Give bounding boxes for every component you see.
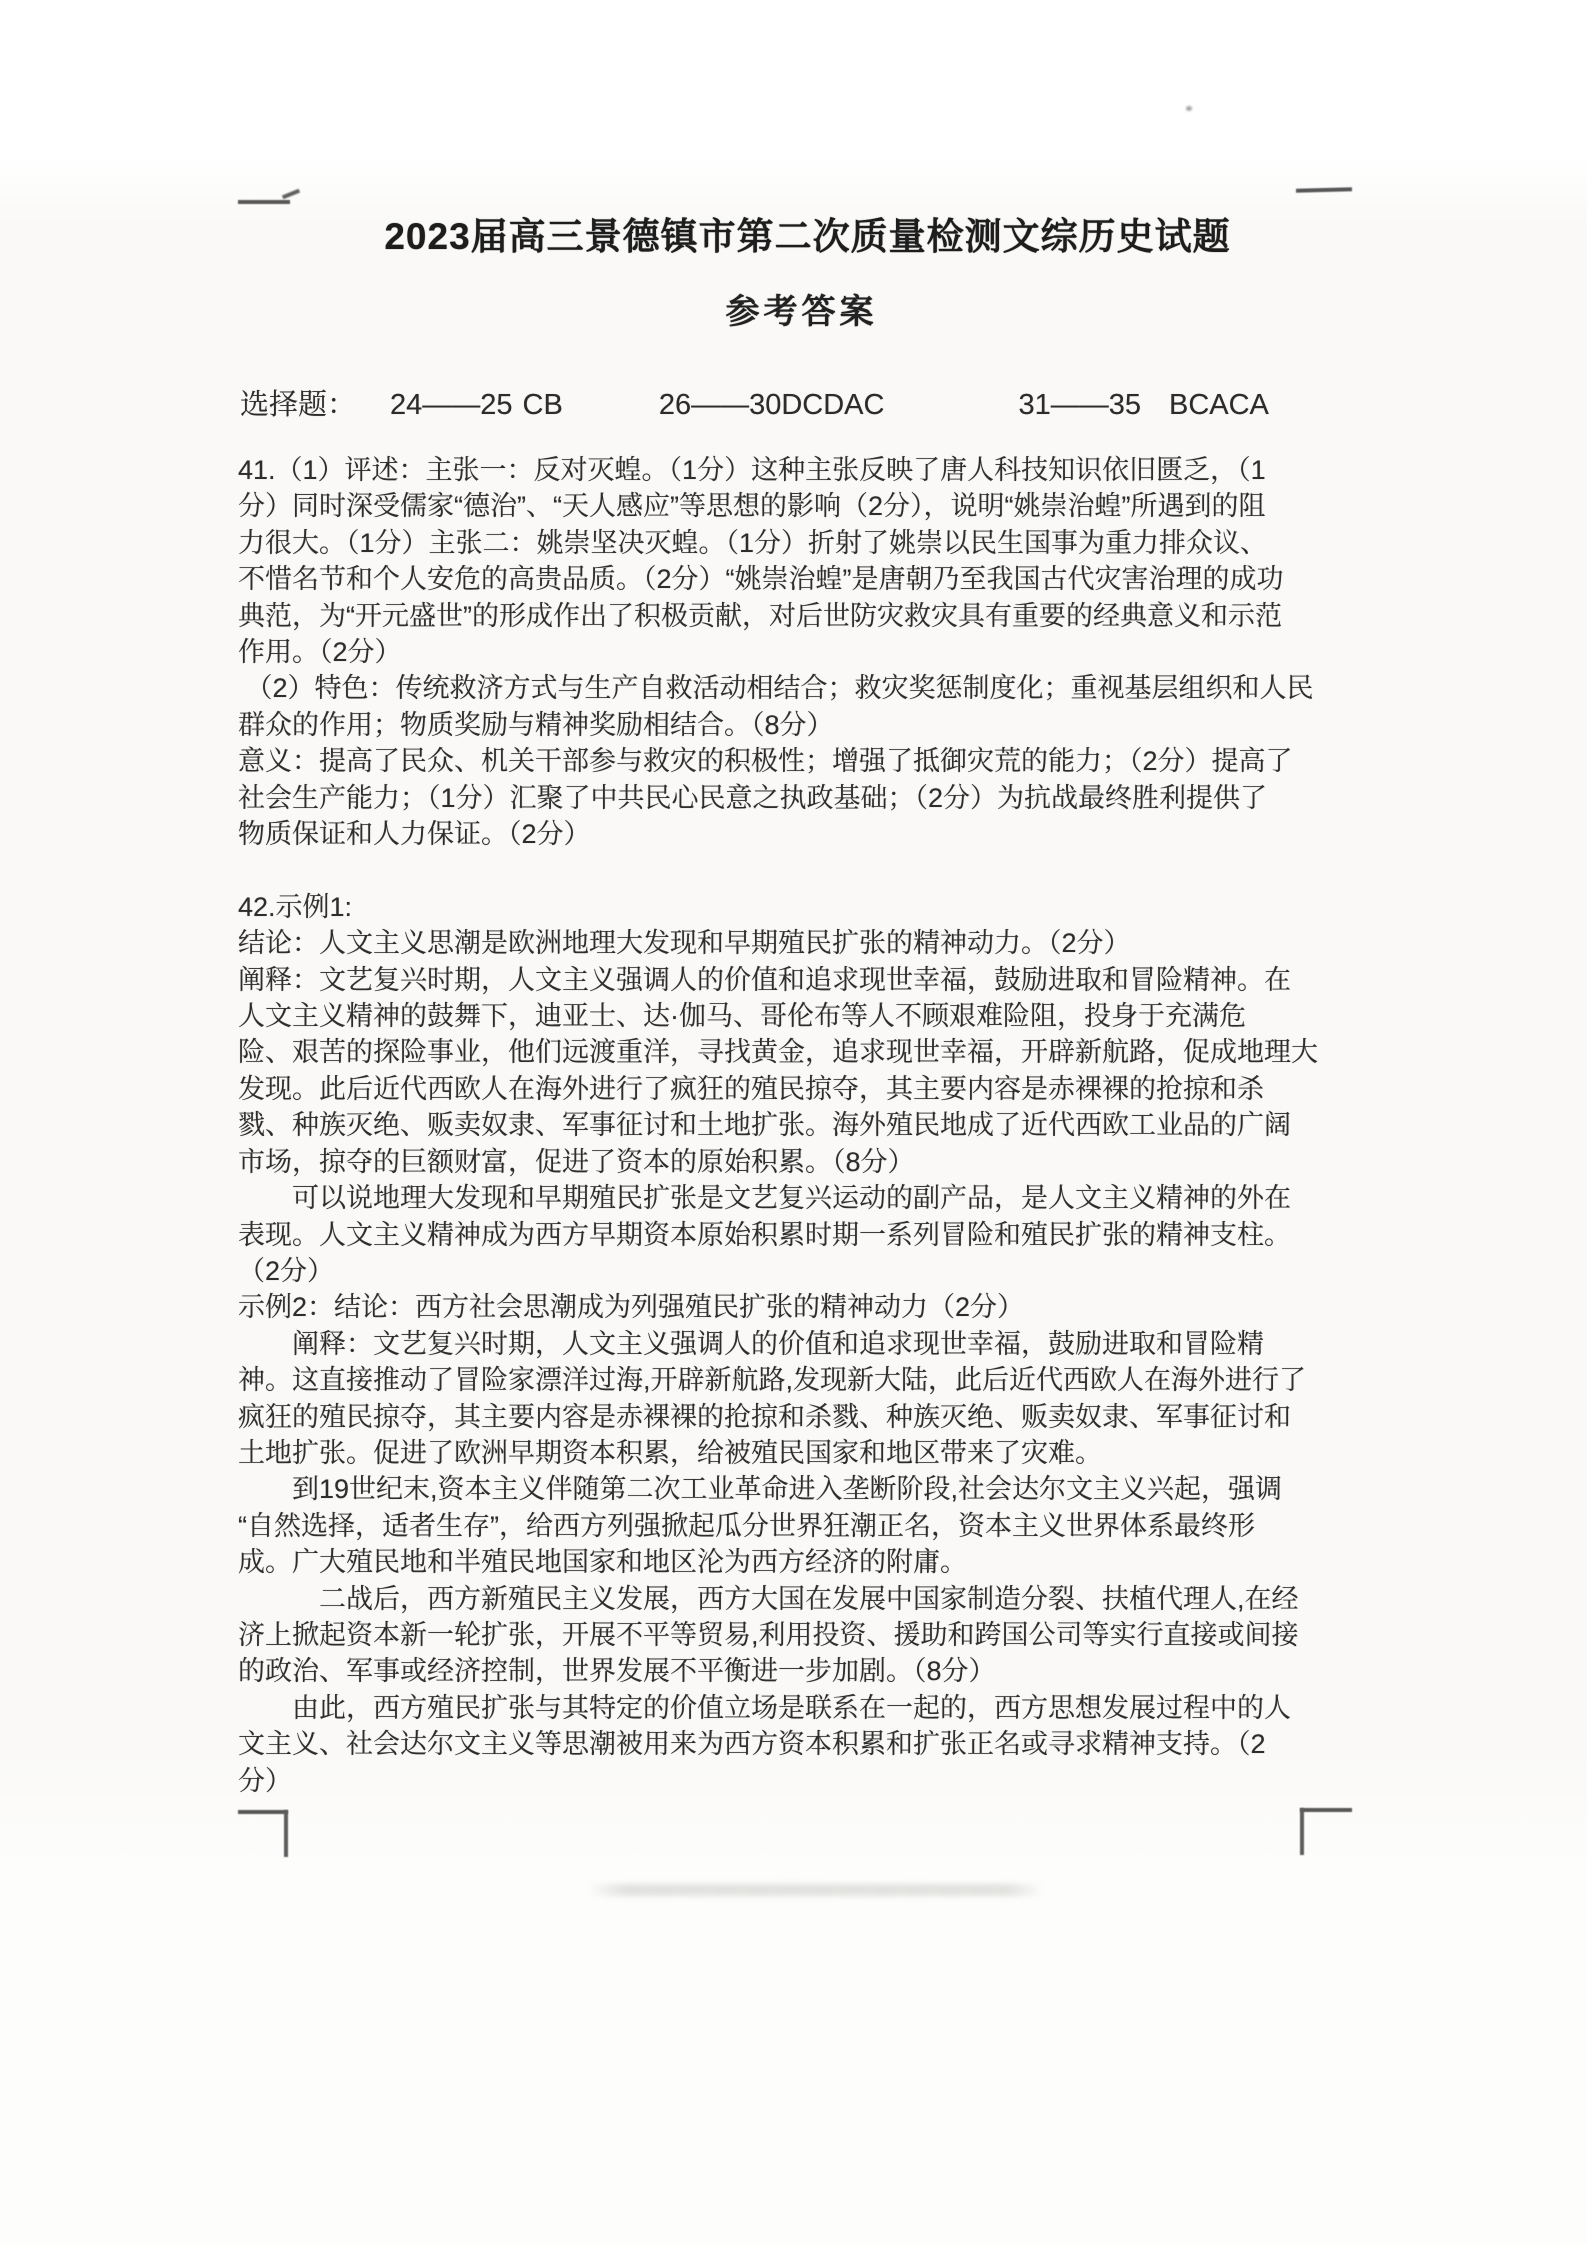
text-line: 阐释：文艺复兴时期，人文主义强调人的价值和追求现世幸福，鼓励进取和冒险精神。在 — [238, 962, 1356, 998]
mcq-answers: CB — [523, 389, 563, 422]
text-line: 分） — [238, 1763, 1356, 1799]
text-line: 典范，为“开元盛世”的形成作出了积极贡献，对后世防灾救灾具有重要的经典意义和示范 — [238, 598, 1356, 634]
text-line: 社会生产能力；（1分）汇聚了中共民心民意之执政基础；（2分）为抗战最终胜利提供了 — [238, 780, 1356, 816]
text-line: 示例2：结论：西方社会思潮成为列强殖民扩张的精神动力（2分） — [238, 1289, 1356, 1325]
answer-body: 41.（1）评述：主张一：反对灭蝗。（1分）这种主张反映了唐人科技知识依旧匮乏，… — [238, 452, 1356, 1799]
text-line: 发现。此后近代西欧人在海外进行了疯狂的殖民掠夺，其主要内容是赤裸裸的抢掠和杀 — [238, 1071, 1356, 1107]
crop-mark-line — [238, 1810, 288, 1814]
text-line: 物质保证和人力保证。（2分） — [238, 816, 1356, 852]
text-line: 由此，西方殖民扩张与其特定的价值立场是联系在一起的，西方思想发展过程中的人 — [238, 1690, 1356, 1726]
crop-mark-line — [238, 200, 290, 204]
text-line: “自然选择，适者生存”，给西方列强掀起瓜分世界狂潮正名，资本主义世界体系最终形 — [238, 1508, 1356, 1544]
text-line: 意义：提高了民众、机关干部参与救灾的积极性；增强了抵御灾荒的能力；（2分）提高了 — [238, 743, 1356, 779]
page-subtitle: 参考答案 — [8, 284, 1587, 333]
text-line: 结论：人文主义思潮是欧洲地理大发现和早期殖民扩张的精神动力。（2分） — [238, 925, 1356, 961]
mcq-answers: DCDAC — [781, 389, 884, 422]
text-line: 群众的作用；物质奖励与精神奖励相结合。（8分） — [238, 707, 1356, 743]
text-line: 表现。人文主义精神成为西方早期资本原始积累时期一系列冒险和殖民扩张的精神支柱。 — [238, 1217, 1356, 1253]
text-line: 戮、种族灭绝、贩卖奴隶、军事征讨和土地扩张。海外殖民地成了近代西欧工业品的广阔 — [238, 1107, 1356, 1143]
text-line: 市场，掠夺的巨额财富，促进了资本的原始积累。（8分） — [238, 1144, 1356, 1180]
scan-speck — [1186, 106, 1192, 111]
text-line: 41.（1）评述：主张一：反对灭蝗。（1分）这种主张反映了唐人科技知识依旧匮乏，… — [238, 452, 1356, 488]
text-line: 济上掀起资本新一轮扩张，开展不平等贸易,利用投资、援助和跨国公司等实行直接或间接 — [238, 1617, 1356, 1653]
text-line — [238, 852, 1356, 888]
text-line: 可以说地理大发现和早期殖民扩张是文艺复兴运动的副产品，是人文主义精神的外在 — [238, 1180, 1356, 1216]
multiple-choice-answer-key: 选择题： 24——25 CB 26——30 DCDAC 31——35 BCACA — [240, 382, 1360, 423]
text-line: 土地扩张。促进了欧洲早期资本积累，给被殖民国家和地区带来了灾难。 — [238, 1435, 1356, 1471]
text-line: 到19世纪末,资本主义伴随第二次工业革命进入垄断阶段,社会达尔文主义兴起，强调 — [238, 1471, 1356, 1507]
page-title: 2023届高三景德镇市第二次质量检测文综历史试题 — [14, 206, 1587, 260]
text-line: （2分） — [238, 1253, 1356, 1289]
text-line: 人文主义精神的鼓舞下，迪亚士、达·伽马、哥伦布等人不顾艰难险阻，投身于充满危 — [238, 998, 1356, 1034]
text-line: 成。广大殖民地和半殖民地国家和地区沦为西方经济的附庸。 — [238, 1544, 1356, 1580]
crop-mark-line — [1300, 1808, 1304, 1855]
scan-smudge — [588, 1884, 1043, 1896]
text-line: 疯狂的殖民掠夺，其主要内容是赤裸裸的抢掠和杀戮、种族灭绝、贩卖奴隶、军事征讨和 — [238, 1399, 1356, 1435]
crop-mark-line — [284, 1810, 288, 1857]
mcq-group-26-30: 26——30 DCDAC — [659, 389, 885, 422]
text-line: 42.示例1: — [238, 889, 1356, 925]
text-line: 分）同时深受儒家“德治”、“天人感应”等思想的影响（2分），说明“姚崇治蝗”所遇… — [238, 488, 1356, 524]
mcq-range: 24——25 — [390, 389, 513, 422]
scanned-answer-sheet-page: 2023届高三景德镇市第二次质量检测文综历史试题 参考答案 选择题： 24——2… — [0, 0, 1587, 2245]
mcq-range: 26——30 — [659, 389, 782, 422]
mcq-group-24-25: 24——25 CB — [390, 389, 563, 422]
mcq-group-31-35: 31——35 BCACA — [1018, 389, 1268, 422]
text-line: （2）特色：传统救济方式与生产自救活动相结合；救灾奖惩制度化；重视基层组织和人民 — [238, 670, 1356, 706]
mcq-range: 31——35 — [1018, 389, 1141, 422]
text-line: 阐释：文艺复兴时期，人文主义强调人的价值和追求现世幸福，鼓励进取和冒险精 — [238, 1326, 1356, 1362]
text-line: 险、艰苦的探险事业，他们远渡重洋，寻找黄金，追求现世幸福，开辟新航路，促成地理大 — [238, 1034, 1356, 1070]
text-line: 的政治、军事或经济控制，世界发展不平衡进一步加剧。（8分） — [238, 1653, 1356, 1689]
text-line: 作用。（2分） — [238, 634, 1356, 670]
mcq-answers: BCACA — [1169, 389, 1269, 422]
text-line: 力很大。（1分）主张二：姚崇坚决灭蝗。（1分）折射了姚崇以民生国事为重力排众议、 — [238, 525, 1356, 561]
text-line: 文主义、社会达尔文主义等思潮被用来为西方资本积累和扩张正名或寻求精神支持。（2 — [238, 1726, 1356, 1762]
text-line: 二战后，西方新殖民主义发展，西方大国在发展中国家制造分裂、扶植代理人,在经 — [238, 1581, 1356, 1617]
text-line: 不惜名节和个人安危的高贵品质。（2分）“姚崇治蝗”是唐朝乃至我国古代灾害治理的成… — [238, 561, 1356, 597]
text-line: 神。这直接推动了冒险家漂洋过海,开辟新航路,发现新大陆，此后近代西欧人在海外进行… — [238, 1362, 1356, 1398]
crop-mark-tick — [282, 189, 300, 199]
crop-mark-line — [1296, 187, 1352, 192]
crop-mark-line — [1300, 1808, 1352, 1812]
mcq-section-label: 选择题： — [240, 382, 356, 423]
